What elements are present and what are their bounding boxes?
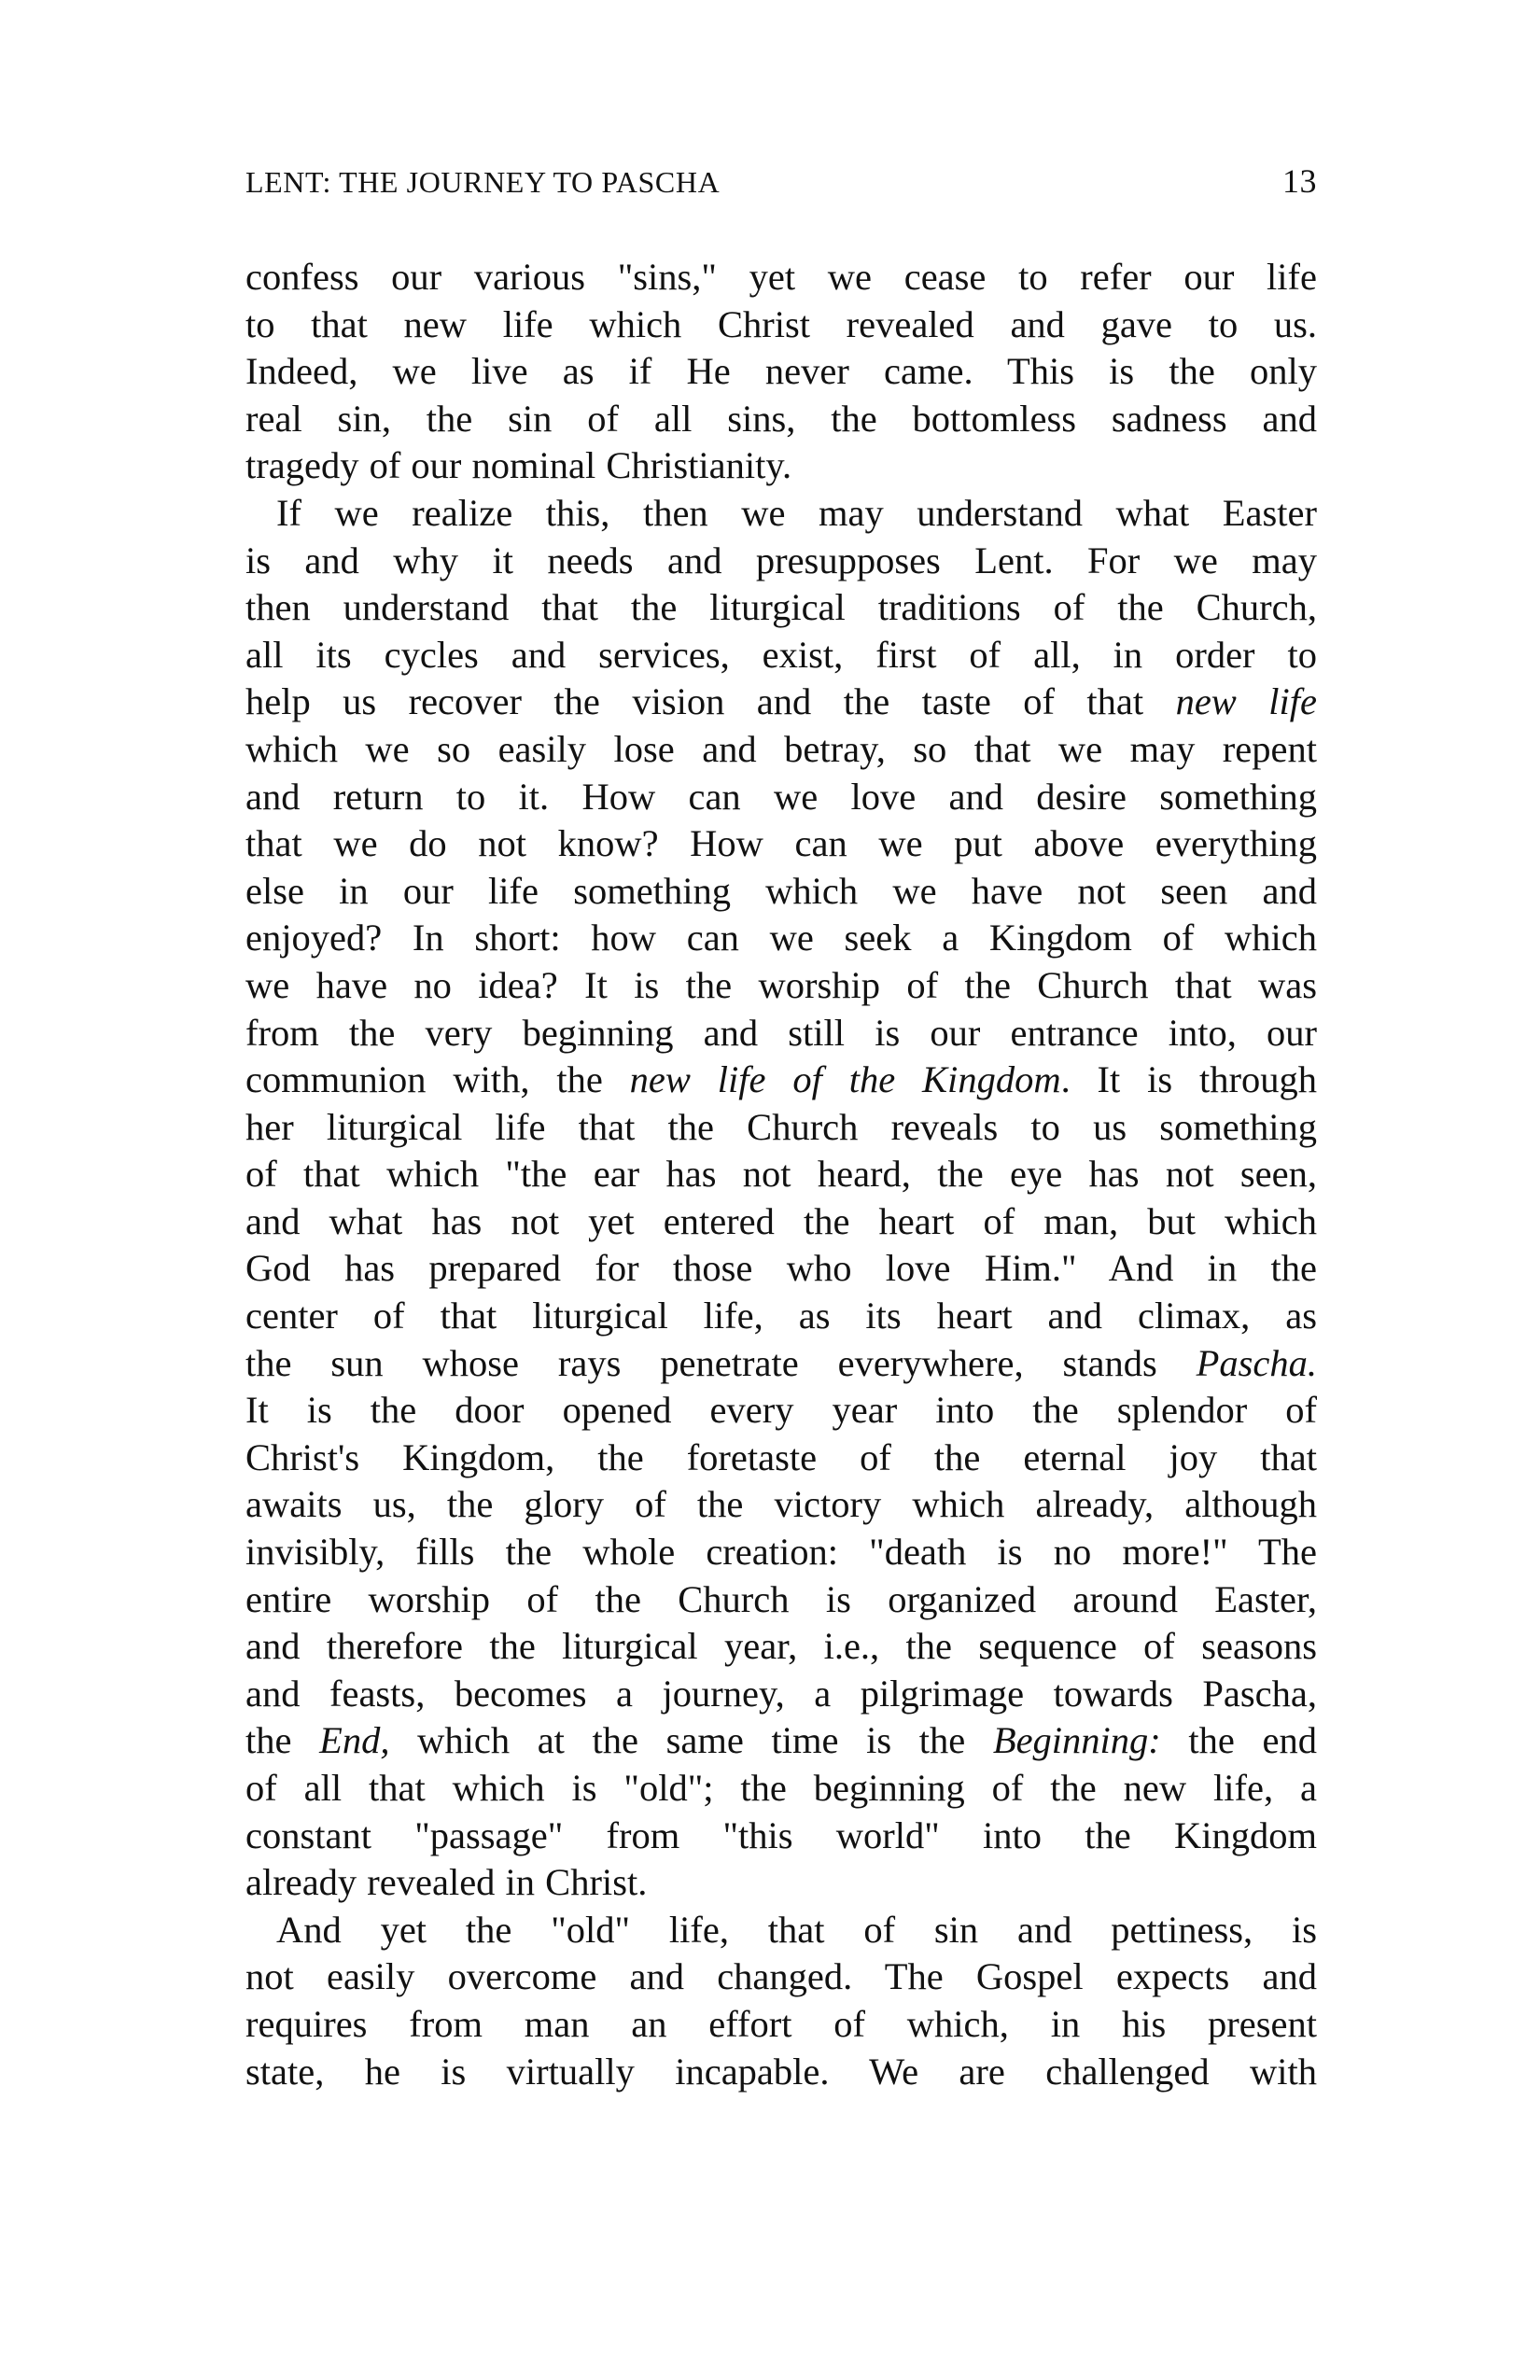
- text-segment: which we so easily lose and betray, so t…: [245, 728, 1317, 770]
- text-segment: communion with, the: [245, 1058, 630, 1100]
- text-segment: to that new life which Christ revealed a…: [245, 303, 1317, 345]
- text-segment: her liturgical life that the Church reve…: [245, 1106, 1317, 1148]
- text-segment: we have no idea? It is the worship of th…: [245, 964, 1317, 1006]
- text-segment: . It is through: [1061, 1058, 1317, 1100]
- text-line: and return to it. How can we love and de…: [245, 774, 1317, 821]
- text-line: we have no idea? It is the worship of th…: [245, 962, 1317, 1010]
- text-segment: and return to it. How can we love and de…: [245, 776, 1317, 818]
- text-segment: entire worship of the Church is organize…: [245, 1578, 1317, 1620]
- text-segment: that we do not know? How can we put abov…: [245, 822, 1317, 864]
- text-segment: else in our life something which we have…: [245, 870, 1317, 912]
- text-line: It is the door opened every year into th…: [245, 1387, 1317, 1435]
- text-line: invisibly, fills the whole creation: "de…: [245, 1529, 1317, 1576]
- italic-text: Pascha.: [1197, 1342, 1317, 1384]
- italic-text: new life of the Kingdom: [630, 1058, 1061, 1100]
- text-segment: and feasts, becomes a journey, a pilgrim…: [245, 1673, 1317, 1715]
- text-segment: not easily overcome and changed. The Gos…: [245, 1955, 1317, 1997]
- text-line: state, he is virtually incapable. We are…: [245, 2049, 1317, 2096]
- text-line: entire worship of the Church is organize…: [245, 1576, 1317, 1624]
- text-line: Christ's Kingdom, the foretaste of the e…: [245, 1435, 1317, 1482]
- text-segment: all its cycles and services, exist, firs…: [245, 634, 1317, 676]
- text-segment: then understand that the liturgical trad…: [245, 586, 1317, 628]
- text-line: Indeed, we live as if He never came. Thi…: [245, 348, 1317, 396]
- text-segment: is and why it needs and presupposes Lent…: [245, 539, 1317, 581]
- text-segment: constant "passage" from "this world" int…: [245, 1814, 1317, 1856]
- text-segment: confess our various "sins," yet we cease…: [245, 256, 1317, 298]
- text-line: requires from man an effort of which, in…: [245, 2001, 1317, 2049]
- text-segment: of that which "the ear has not heard, th…: [245, 1153, 1317, 1195]
- text-line: which we so easily lose and betray, so t…: [245, 726, 1317, 774]
- body-text: confess our various "sins," yet we cease…: [245, 254, 1317, 2095]
- text-segment: and what has not yet entered the heart o…: [245, 1200, 1317, 1242]
- text-line: tragedy of our nominal Christianity.: [245, 442, 1317, 490]
- text-line: awaits us, the glory of the victory whic…: [245, 1481, 1317, 1529]
- text-segment: tragedy of our nominal Christianity.: [245, 444, 791, 486]
- text-line: communion with, the new life of the King…: [245, 1057, 1317, 1104]
- text-line: from the very beginning and still is our…: [245, 1010, 1317, 1057]
- book-page: LENT: THE JOURNEY TO PASCHA 13 confess o…: [245, 159, 1317, 2095]
- text-line: is and why it needs and presupposes Lent…: [245, 538, 1317, 585]
- text-segment: Indeed, we live as if He never came. Thi…: [245, 350, 1317, 392]
- text-line: to that new life which Christ revealed a…: [245, 301, 1317, 349]
- text-segment: real sin, the sin of all sins, the botto…: [245, 398, 1317, 440]
- text-segment: the end: [1161, 1719, 1317, 1761]
- text-segment: state, he is virtually incapable. We are…: [245, 2051, 1317, 2093]
- running-header: LENT: THE JOURNEY TO PASCHA 13: [245, 159, 1317, 203]
- text-segment: enjoyed? In short: how can we seek a Kin…: [245, 917, 1317, 959]
- text-segment: requires from man an effort of which, in…: [245, 2003, 1317, 2045]
- text-line: help us recover the vision and the taste…: [245, 679, 1317, 726]
- text-segment: already revealed in Christ.: [245, 1861, 647, 1903]
- text-segment: If we realize this, then we may understa…: [276, 492, 1317, 534]
- italic-text: End,: [319, 1719, 389, 1761]
- text-segment: Christ's Kingdom, the foretaste of the e…: [245, 1436, 1317, 1478]
- text-segment: awaits us, the glory of the victory whic…: [245, 1483, 1317, 1525]
- text-line: and feasts, becomes a journey, a pilgrim…: [245, 1671, 1317, 1718]
- italic-text: new life: [1176, 680, 1317, 722]
- text-segment: It is the door opened every year into th…: [245, 1389, 1317, 1431]
- italic-text: Beginning:: [993, 1719, 1161, 1761]
- text-line: then understand that the liturgical trad…: [245, 584, 1317, 632]
- text-line: God has prepared for those who love Him.…: [245, 1245, 1317, 1293]
- paragraph-first-line: If we realize this, then we may understa…: [245, 490, 1317, 538]
- text-line: constant "passage" from "this world" int…: [245, 1813, 1317, 1860]
- text-segment: which at the same time is the: [389, 1719, 992, 1761]
- text-line: else in our life something which we have…: [245, 868, 1317, 916]
- text-segment: the sun whose rays penetrate everywhere,…: [245, 1342, 1197, 1384]
- text-line: confess our various "sins," yet we cease…: [245, 254, 1317, 301]
- text-line: all its cycles and services, exist, firs…: [245, 632, 1317, 679]
- text-line: of all that which is "old"; the beginnin…: [245, 1765, 1317, 1813]
- text-segment: from the very beginning and still is our…: [245, 1012, 1317, 1054]
- text-line: her liturgical life that the Church reve…: [245, 1104, 1317, 1152]
- text-segment: God has prepared for those who love Him.…: [245, 1247, 1317, 1289]
- text-line: enjoyed? In short: how can we seek a Kin…: [245, 915, 1317, 962]
- text-segment: the: [245, 1719, 319, 1761]
- text-segment: And yet the "old" life, that of sin and …: [276, 1909, 1317, 1951]
- text-line: and therefore the liturgical year, i.e.,…: [245, 1623, 1317, 1671]
- text-line: the sun whose rays penetrate everywhere,…: [245, 1340, 1317, 1388]
- text-line: the End, which at the same time is the B…: [245, 1717, 1317, 1765]
- text-line: real sin, the sin of all sins, the botto…: [245, 396, 1317, 443]
- text-line: that we do not know? How can we put abov…: [245, 820, 1317, 868]
- page-number: 13: [1282, 159, 1317, 203]
- text-line: center of that liturgical life, as its h…: [245, 1293, 1317, 1340]
- text-segment: center of that liturgical life, as its h…: [245, 1295, 1317, 1337]
- text-segment: invisibly, fills the whole creation: "de…: [245, 1531, 1317, 1573]
- text-line: already revealed in Christ.: [245, 1859, 1317, 1907]
- text-line: of that which "the ear has not heard, th…: [245, 1151, 1317, 1198]
- running-title: LENT: THE JOURNEY TO PASCHA: [245, 160, 720, 204]
- text-segment: and therefore the liturgical year, i.e.,…: [245, 1625, 1317, 1667]
- paragraph-first-line: And yet the "old" life, that of sin and …: [245, 1907, 1317, 1954]
- text-segment: of all that which is "old"; the beginnin…: [245, 1767, 1317, 1809]
- text-segment: help us recover the vision and the taste…: [245, 680, 1176, 722]
- text-line: not easily overcome and changed. The Gos…: [245, 1953, 1317, 2001]
- text-line: and what has not yet entered the heart o…: [245, 1198, 1317, 1246]
